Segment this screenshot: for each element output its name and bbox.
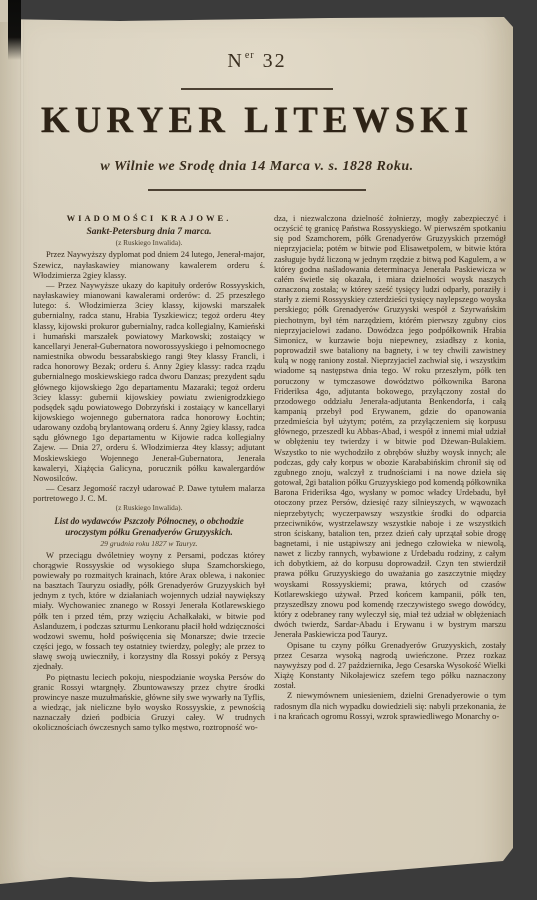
- text-block-para: Z niewymównem uniesieniem, dzielni Grena…: [274, 690, 506, 720]
- text-block-para: W przeciągu dwóletniey woyny z Persami, …: [33, 550, 265, 672]
- text-block-para: Po piętnastu leciech pokoju, niespodzian…: [33, 672, 265, 733]
- text-block-para-flow: dza, i niezwalczona dzielność żołnierzy,…: [274, 213, 506, 640]
- text-block-para: Opisane tu czyny półku Grenadyerów Gruzy…: [274, 640, 506, 691]
- left-column: WIADOMOŚCI KRAJOWE.Sankt-Petersburg dnia…: [33, 213, 265, 813]
- text-block-letter-heading: List do wydawców Pszczoły Północney, o o…: [33, 516, 265, 538]
- article-columns: WIADOMOŚCI KRAJOWE.Sankt-Petersburg dnia…: [33, 213, 506, 813]
- text-block-date-note: 29 grudnia roku 1827 w Tauryz.: [33, 539, 265, 549]
- issue-value: 32: [263, 50, 287, 72]
- adjacent-page-edge: [0, 0, 8, 22]
- right-column: dza, i niezwalczona dzielność żołnierzy,…: [274, 213, 506, 813]
- masthead-rule-bottom: [148, 189, 366, 191]
- newspaper-page: Ner 32 KURYER LITEWSKI w Wilnie we Srodę…: [0, 0, 514, 900]
- text-block-para: — Przez Naywyższe ukazy do kapituły orde…: [33, 280, 265, 483]
- text-block-source-note: (z Ruskiego Inwalida).: [33, 503, 265, 513]
- issue-prefix: N: [227, 50, 244, 72]
- masthead-date-line: w Wilnie we Srodę dnia 14 Marca v. s. 18…: [0, 159, 514, 175]
- masthead-rule-top: [181, 88, 333, 90]
- newspaper-title: KURYER LITEWSKI: [0, 99, 514, 142]
- issue-superscript: er: [245, 50, 255, 61]
- text-block-para: Przez Naywyższy dyplomat pod dniem 24 lu…: [33, 249, 265, 279]
- binding-gutter-shadow: [8, 0, 21, 60]
- masthead: Ner 32 KURYER LITEWSKI w Wilnie we Srodę…: [0, 50, 514, 191]
- text-block-para: — Cesarz Jegomość raczył udarować P. Daw…: [33, 483, 265, 503]
- text-block-source-note: (z Ruskiego Inwalida).: [33, 238, 265, 248]
- scan-background: Ner 32 KURYER LITEWSKI w Wilnie we Srodę…: [0, 0, 537, 900]
- text-block-section-heading: WIADOMOŚCI KRAJOWE.: [33, 213, 265, 223]
- text-block-dateline-heading: Sankt-Petersburg dnia 7 marca.: [33, 227, 265, 237]
- issue-number: Ner 32: [0, 50, 514, 73]
